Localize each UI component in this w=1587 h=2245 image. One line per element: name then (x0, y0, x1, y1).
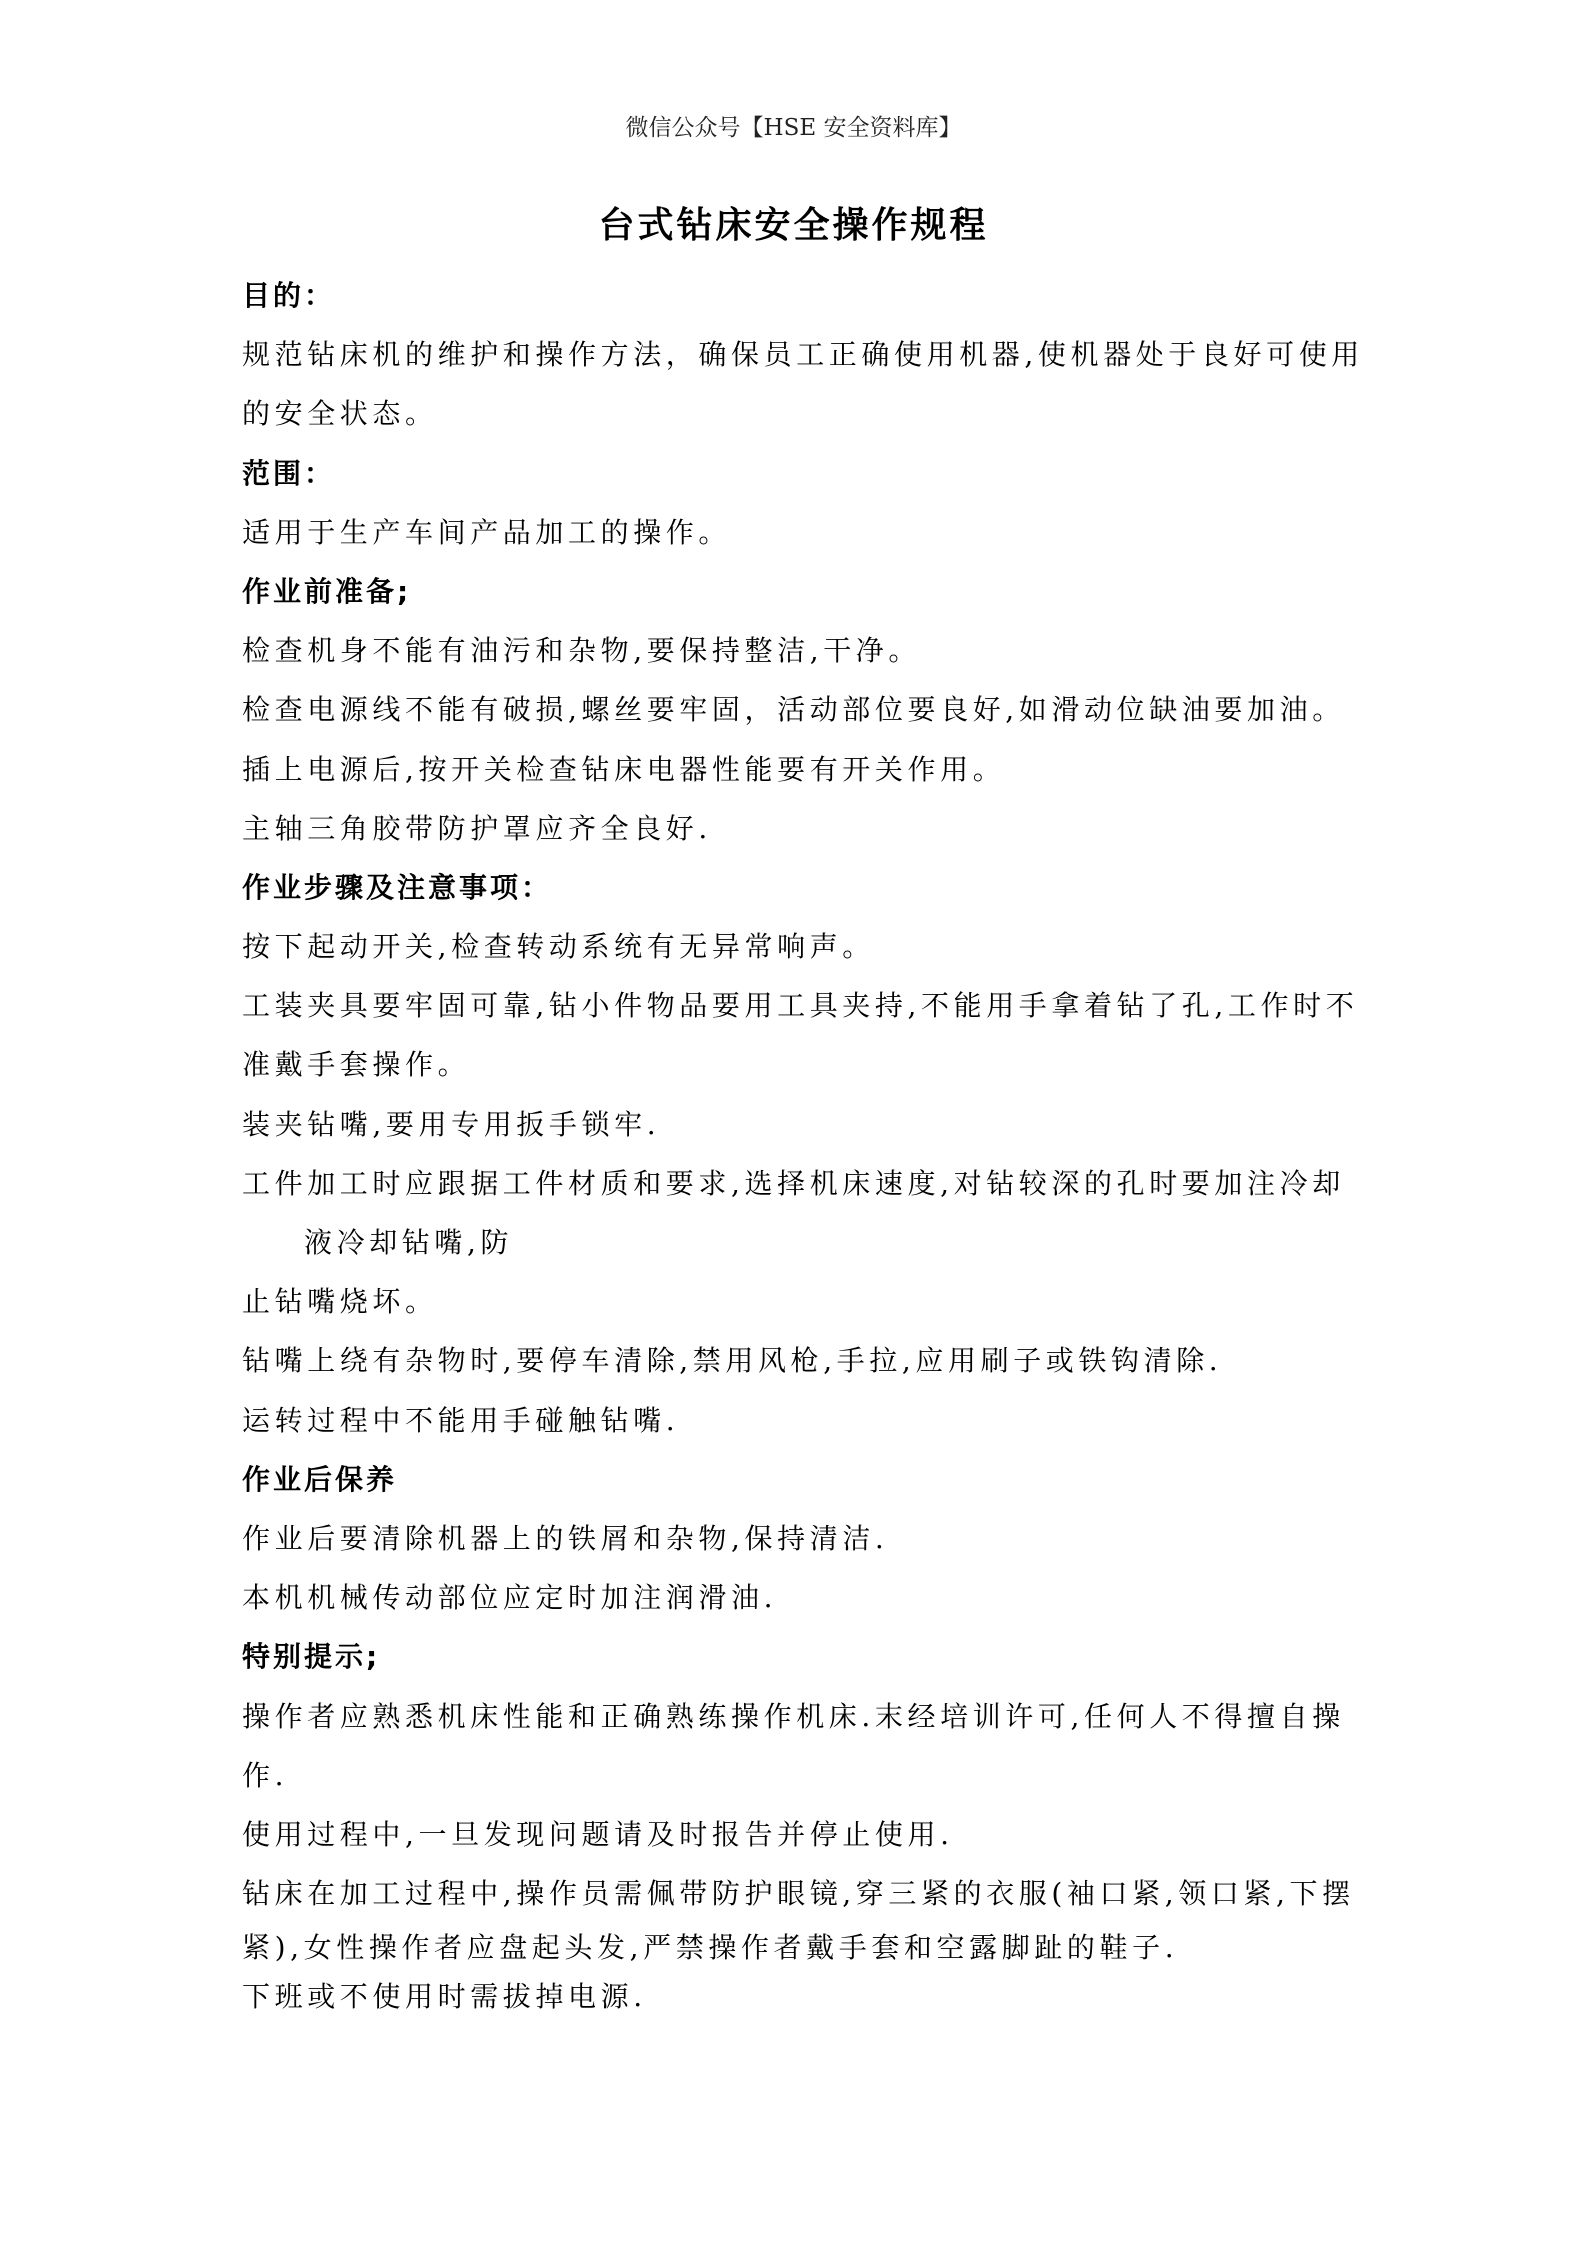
paragraph-line: 检查电源线不能有破损,螺丝要牢固，活动部位要良好,如滑动位缺油要加油。 (242, 680, 1352, 739)
document-title: 台式钻床安全操作规程 (0, 202, 1587, 250)
section-heading-preparation: 作业前准备; (242, 562, 1352, 621)
paragraph-line: 钻嘴上绕有杂物时,要停车清除,禁用风枪,手拉,应用刷子或铁钩清除. (242, 1331, 1352, 1390)
document-body: 目的： 规范钻床机的维护和操作方法，确保员工正确使用机器,使机器处于良好可使用 … (242, 266, 1352, 2026)
paragraph-line: 准戴手套操作。 (242, 1035, 1352, 1094)
paragraph-line: 钻床在加工过程中,操作员需佩带防护眼镜,穿三紧的衣服(袖口紧,领口紧,下摆 (242, 1864, 1352, 1923)
paragraph-line: 紧),女性操作者应盘起头发,严禁操作者戴手套和空露脚趾的鞋子. (242, 1923, 1352, 1967)
paragraph-line: 作. (242, 1746, 1352, 1805)
paragraph-line: 止钻嘴烧坏。 (242, 1272, 1352, 1331)
section-heading-procedure: 作业步骤及注意事项： (242, 858, 1352, 917)
paragraph-line: 检查机身不能有油污和杂物,要保持整洁,干净。 (242, 621, 1352, 680)
paragraph-line: 装夹钻嘴,要用专用扳手锁牢. (242, 1095, 1352, 1154)
section-heading-purpose: 目的： (242, 266, 1352, 325)
paragraph-line: 运转过程中不能用手碰触钻嘴. (242, 1391, 1352, 1450)
section-heading-scope: 范围： (242, 444, 1352, 503)
paragraph-line: 操作者应熟悉机床性能和正确熟练操作机床.末经培训许可,任何人不得擅自操 (242, 1687, 1352, 1746)
paragraph-line: 插上电源后,按开关检查钻床电器性能要有开关作用。 (242, 740, 1352, 799)
section-heading-maintenance: 作业后保养 (242, 1450, 1352, 1509)
paragraph-line: 下班或不使用时需拔掉电源. (242, 1967, 1352, 2026)
paragraph-line: 适用于生产车间产品加工的操作。 (242, 503, 1352, 562)
paragraph-line: 使用过程中,一旦发现问题请及时报告并停止使用. (242, 1805, 1352, 1864)
paragraph-line: 主轴三角胶带防护罩应齐全良好. (242, 799, 1352, 858)
page-header-watermark: 微信公众号【HSE 安全资料库】 (0, 112, 1587, 144)
paragraph-line: 工装夹具要牢固可靠,钻小件物品要用工具夹持,不能用手拿着钻了孔,工作时不 (242, 976, 1352, 1035)
paragraph-line: 规范钻床机的维护和操作方法，确保员工正确使用机器,使机器处于良好可使用 (242, 325, 1352, 384)
paragraph-line-indented: 液冷却钻嘴,防 (242, 1213, 1352, 1272)
paragraph-line: 工件加工时应跟据工件材质和要求,选择机床速度,对钻较深的孔时要加注冷却 (242, 1154, 1352, 1213)
paragraph-line: 作业后要清除机器上的铁屑和杂物,保持清洁. (242, 1509, 1352, 1568)
paragraph-line: 的安全状态。 (242, 384, 1352, 443)
paragraph-line: 本机机械传动部位应定时加注润滑油. (242, 1568, 1352, 1627)
paragraph-line: 按下起动开关,检查转动系统有无异常响声。 (242, 917, 1352, 976)
section-heading-special-notes: 特别提示; (242, 1627, 1352, 1686)
